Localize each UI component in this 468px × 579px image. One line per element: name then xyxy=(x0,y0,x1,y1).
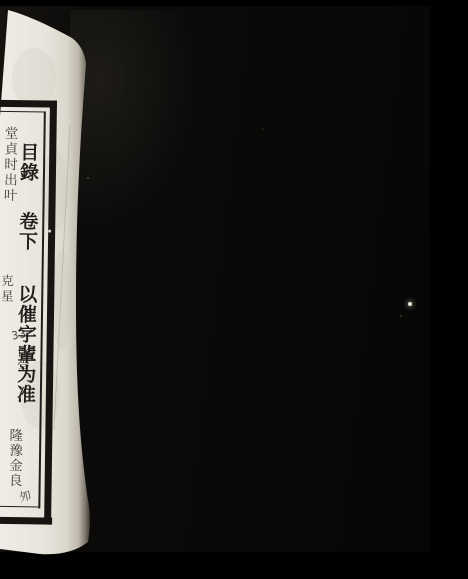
frame-border-top-thin xyxy=(0,110,46,112)
frame-border-right-thick xyxy=(44,101,56,525)
handwritten-mark-bottom: 夘 xyxy=(18,487,33,505)
border-scratch-nick xyxy=(48,230,51,233)
dust-speck-bright xyxy=(408,302,412,306)
handwritten-annotation-side-b: 比堂 xyxy=(15,345,30,374)
dust-speck-faint xyxy=(87,177,89,179)
handwritten-annotation-side-a: 克星 xyxy=(0,274,15,305)
scanned-page-canvas: 堂貞时出叶 目錄 卷下 以催字輩为准 克星 33 比堂 隆豫金良 夘 xyxy=(0,0,468,579)
printed-frame-group: 堂貞时出叶 目錄 卷下 以催字輩为准 克星 33 比堂 隆豫金良 夘 xyxy=(0,0,468,579)
toc-volume-label: 卷下 xyxy=(16,211,39,251)
frame-border-bottom-thin xyxy=(0,505,39,507)
frame-border-bottom-thick xyxy=(0,517,52,525)
handwritten-name-bottom: 隆豫金良 xyxy=(6,428,23,488)
frame-border-top-thick xyxy=(0,100,57,107)
dust-speck-faint xyxy=(262,128,264,130)
dust-speck-faint xyxy=(400,315,402,317)
toc-heading: 目錄 xyxy=(17,142,40,182)
